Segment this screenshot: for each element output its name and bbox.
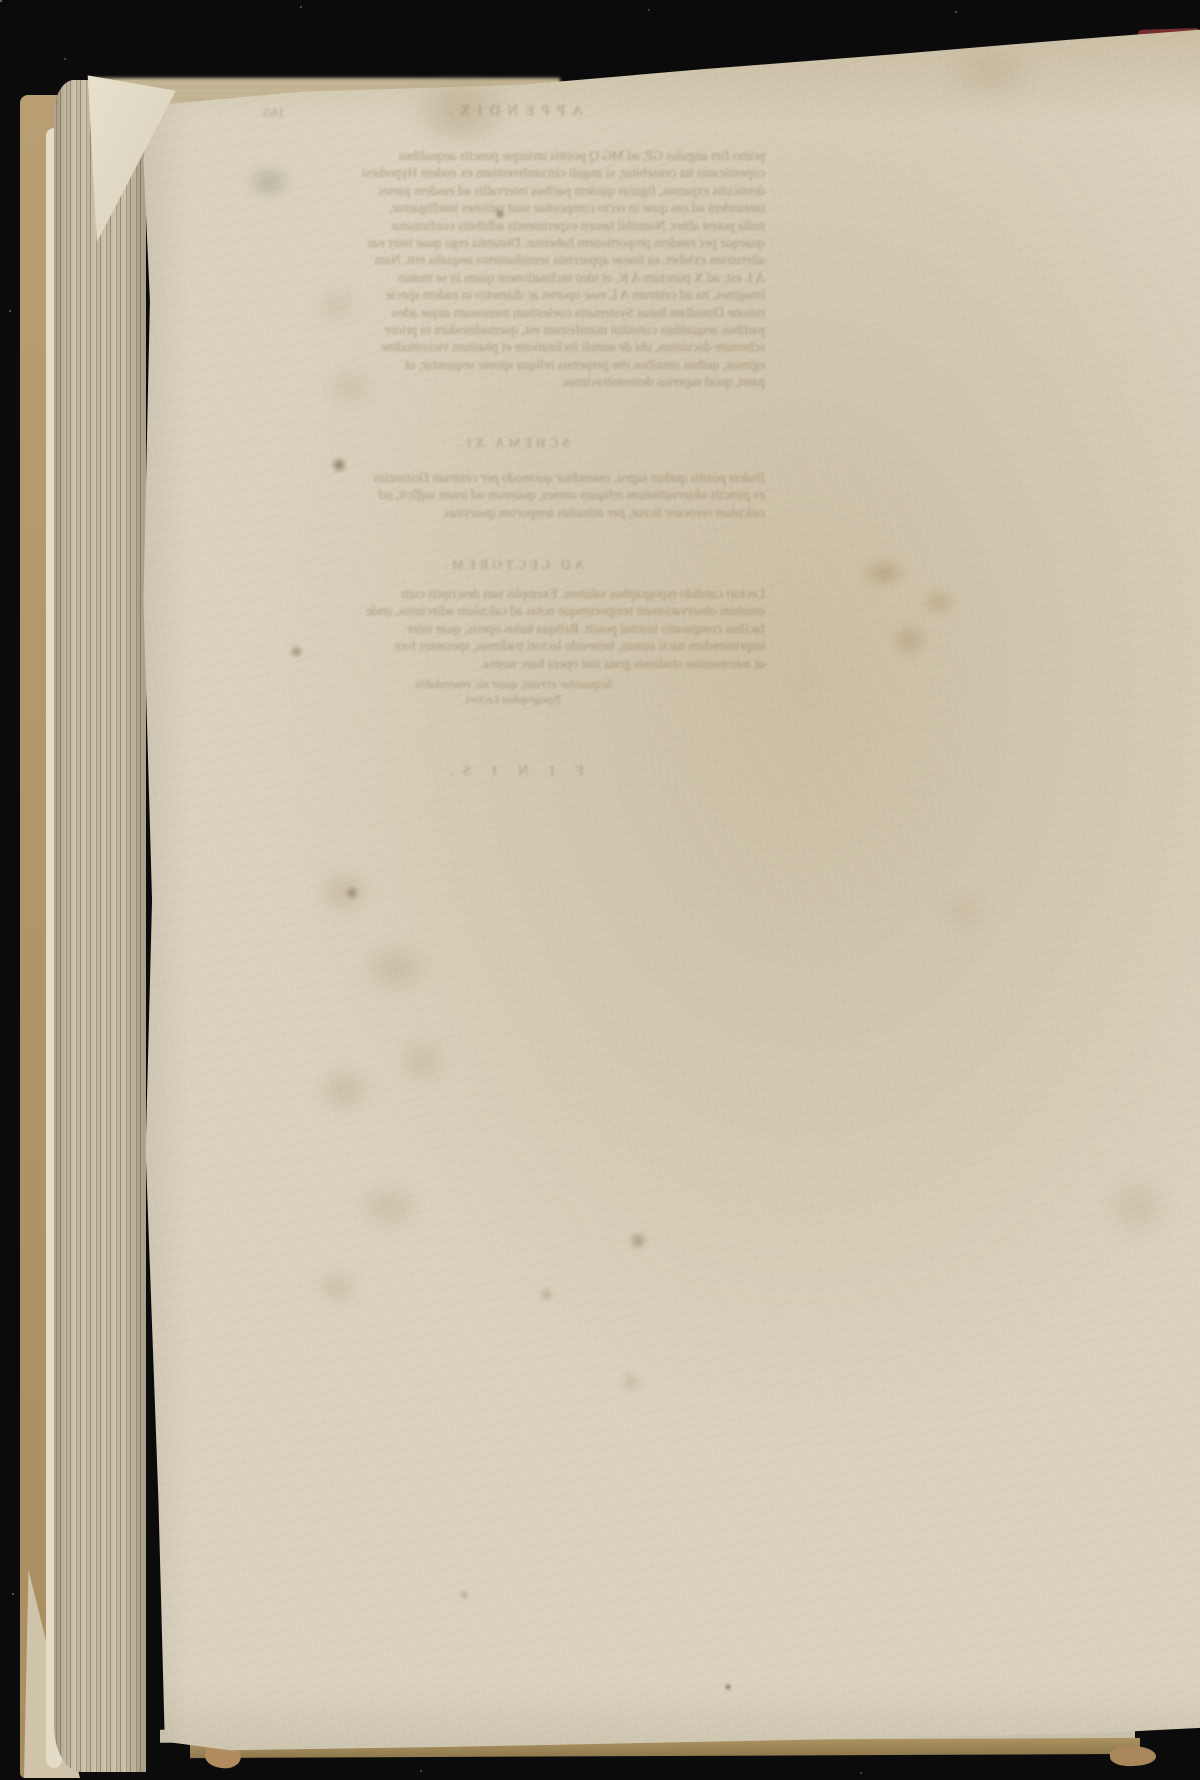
showthrough-line: ratione Dimidiam huius Systematis coeles… xyxy=(260,304,765,321)
showthrough-line: facilius comparatio institui possit. Rel… xyxy=(260,620,765,637)
showthrough-section-2-heading: AD LECTOREM. xyxy=(260,557,765,573)
showthrough-line: imagines, ita ad centrum A L esse oporte… xyxy=(260,286,765,303)
showthrough-paragraph-1-last-line: patet, quod superius demonstravimus. xyxy=(260,373,765,390)
showthrough-running-header: APPENDIX. 165 xyxy=(260,103,765,123)
showthrough-line: omnium observationum temporumque notas a… xyxy=(260,602,765,619)
binding-tab-right xyxy=(1109,1744,1156,1767)
showthrough-line: quaeque per eandem proportionem habentur… xyxy=(260,234,765,251)
showthrough-line: schemate docuimus, ubi de annuli inclina… xyxy=(260,338,765,355)
showthrough-line: partibus aequalibus constitui manifestum… xyxy=(260,321,765,338)
showthrough-line: ut astronomiae studiosis grata sint oper… xyxy=(260,655,765,672)
showthrough-line: primo fiet angulus GP, ad MG Q positis u… xyxy=(260,147,765,164)
showthrough-line: A L est, ad X punctum A K, et ideo incli… xyxy=(260,269,765,286)
showthrough-header-title: APPENDIX. xyxy=(442,103,583,119)
showthrough-page-number: 165 xyxy=(262,105,285,121)
dust-specks xyxy=(0,0,2,2)
showthrough-text-block: APPENDIX. 165 primo fiet angulus GP, ad … xyxy=(260,103,765,780)
showthrough-section-1-text: Iisdem positis quibus supra, ostenditur … xyxy=(260,469,765,521)
page-fore-edge-stack xyxy=(54,80,146,1772)
showthrough-line: alterutram exhibet, ea lineae apparentis… xyxy=(260,251,765,268)
showthrough-line: copernicanis ita censebitur, si anguli c… xyxy=(260,164,765,181)
showthrough-line: denticulis expansis, figuras quidem pari… xyxy=(260,182,765,199)
showthrough-line: tantundem ad eas quae in recto composita… xyxy=(260,199,765,216)
showthrough-line: Lectori candido typographus salutem. Exe… xyxy=(260,585,765,602)
showthrough-line: ex punctis observationum reliquas omnes,… xyxy=(260,486,765,503)
scanned-book-photo: { "showthrough": { "page_number": "165",… xyxy=(0,0,1200,1780)
showthrough-subline: Sequuntur errata, quae sic emendabis. xyxy=(260,676,765,692)
showthrough-line: imprimendum nacti sumus, benevolo lector… xyxy=(260,637,765,654)
showthrough-section-2-text: Lectori candido typographus salutem. Exe… xyxy=(260,585,765,672)
showthrough-line: Iisdem positis quibus supra, ostenditur … xyxy=(260,469,765,486)
showthrough-byline: Typographus Lectori. xyxy=(260,694,765,706)
showthrough-line: nulla potest aliter. Nonnihil tamen expe… xyxy=(260,217,765,234)
showthrough-line: egimus, quibus omnibus rite perpensis re… xyxy=(260,356,765,373)
showthrough-section-1-heading: SCHEMA XI. xyxy=(260,435,765,451)
showthrough-paragraph-1: primo fiet angulus GP, ad MG Q positis u… xyxy=(260,147,765,373)
showthrough-finis: F I N I S. xyxy=(260,764,765,780)
showthrough-line: calculum revocare liceat, per minutias t… xyxy=(260,504,765,521)
